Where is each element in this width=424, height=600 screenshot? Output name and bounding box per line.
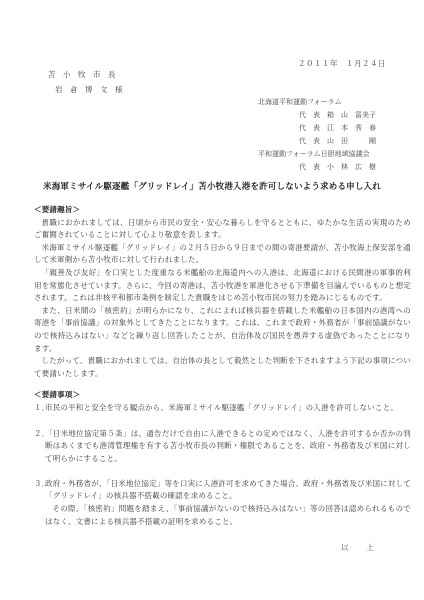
purport-paragraph-5: したがって、貴職におかれましては、自治体の長として毅然とした判断を下されますよう… bbox=[34, 355, 411, 380]
request-item-3: ３． 政府・外務省が、「日米地位協定」等を口実に入港許可を求めてきた場合、政府・… bbox=[34, 478, 411, 528]
recipient-title: 苫 小 牧 市 長 bbox=[48, 67, 123, 82]
sender-rep-2: 代 表 江 本 秀 春 bbox=[258, 122, 376, 135]
request-item-2: ２． 「日米地位協定第５条」は、通告だけで自由に入港できるとの定めではなく、入港… bbox=[34, 428, 411, 466]
sender-rep-4: 代 表 小 林 広 樹 bbox=[258, 161, 376, 174]
sender-rep-3: 代 表 山 田 剛 bbox=[258, 135, 376, 148]
request-items: １． 市民の平和と安全を守る観点から、米海軍ミサイル駆逐艦「グリッドレイ」の入港… bbox=[34, 402, 411, 528]
sender-block: 北海道平和運動フォーラム 代 表 箱 山 富美子 代 表 江 本 秀 春 代 表… bbox=[258, 96, 376, 174]
sender-org-2: 平和運動フォーラム日胆地域協議会 bbox=[258, 148, 376, 161]
document-date: ２０１１年 １月２４日 bbox=[298, 58, 386, 69]
item-number: ３． bbox=[34, 478, 49, 491]
purport-paragraph-4: また、日米間の「核密約」が明らかになり、これによれば核兵器を搭載した米艦船の日本… bbox=[34, 305, 411, 355]
item-text: 市民の平和と安全を守る観点から、米海軍ミサイル駆逐艦「グリッドレイ」の入港を許可… bbox=[45, 402, 411, 415]
sender-rep-1: 代 表 箱 山 富美子 bbox=[258, 109, 376, 122]
item-subtext: その際、「核密約」問題を踏まえ、「事前協議がないので核持込みはない」等の回答は認… bbox=[45, 503, 411, 528]
closing-mark: 以 上 bbox=[34, 542, 411, 555]
purport-heading: ＜要請趣旨＞ bbox=[34, 204, 411, 217]
item-text: 政府・外務省が、「日米地位協定」等を口実に入港許可を求めてきた場合、政府・外務省… bbox=[45, 478, 411, 503]
sender-org-1: 北海道平和運動フォーラム bbox=[258, 96, 376, 109]
purport-paragraph-2: 米海軍ミサイル駆逐艦「グリッドレイ」の２月５日から９日までの間の寄港要請が、苫小… bbox=[34, 242, 411, 267]
purport-paragraph-1: 貴職におかれましては、日頃から市民の安全・安心な暮らしを守るとともに、ゆたかな生… bbox=[34, 217, 411, 242]
document-body: ＜要請趣旨＞ 貴職におかれましては、日頃から市民の安全・安心な暮らしを守るととも… bbox=[34, 204, 411, 555]
requests-heading: ＜要請事項＞ bbox=[34, 389, 411, 402]
item-text: 「日米地位協定第５条」は、通告だけで自由に入港できるとの定めではなく、入港を許可… bbox=[45, 428, 411, 466]
recipient-name: 岩 倉 博 文 様 bbox=[55, 82, 123, 97]
item-number: １． bbox=[34, 402, 49, 415]
request-item-1: １． 市民の平和と安全を守る観点から、米海軍ミサイル駆逐艦「グリッドレイ」の入港… bbox=[34, 402, 411, 415]
document-title: 米海軍ミサイル駆逐艦「グリッドレイ」苫小牧港入港を許可しないよう求める申し入れ bbox=[0, 180, 424, 192]
item-number: ２． bbox=[34, 428, 49, 441]
recipient-block: 苫 小 牧 市 長 岩 倉 博 文 様 bbox=[48, 67, 123, 97]
document-page: ２０１１年 １月２４日 苫 小 牧 市 長 岩 倉 博 文 様 北海道平和運動フ… bbox=[0, 0, 424, 600]
purport-paragraph-3: 「親善及び友好」を口実とした度重なる米艦船の北海道内への入港は、北海道における民… bbox=[34, 267, 411, 305]
